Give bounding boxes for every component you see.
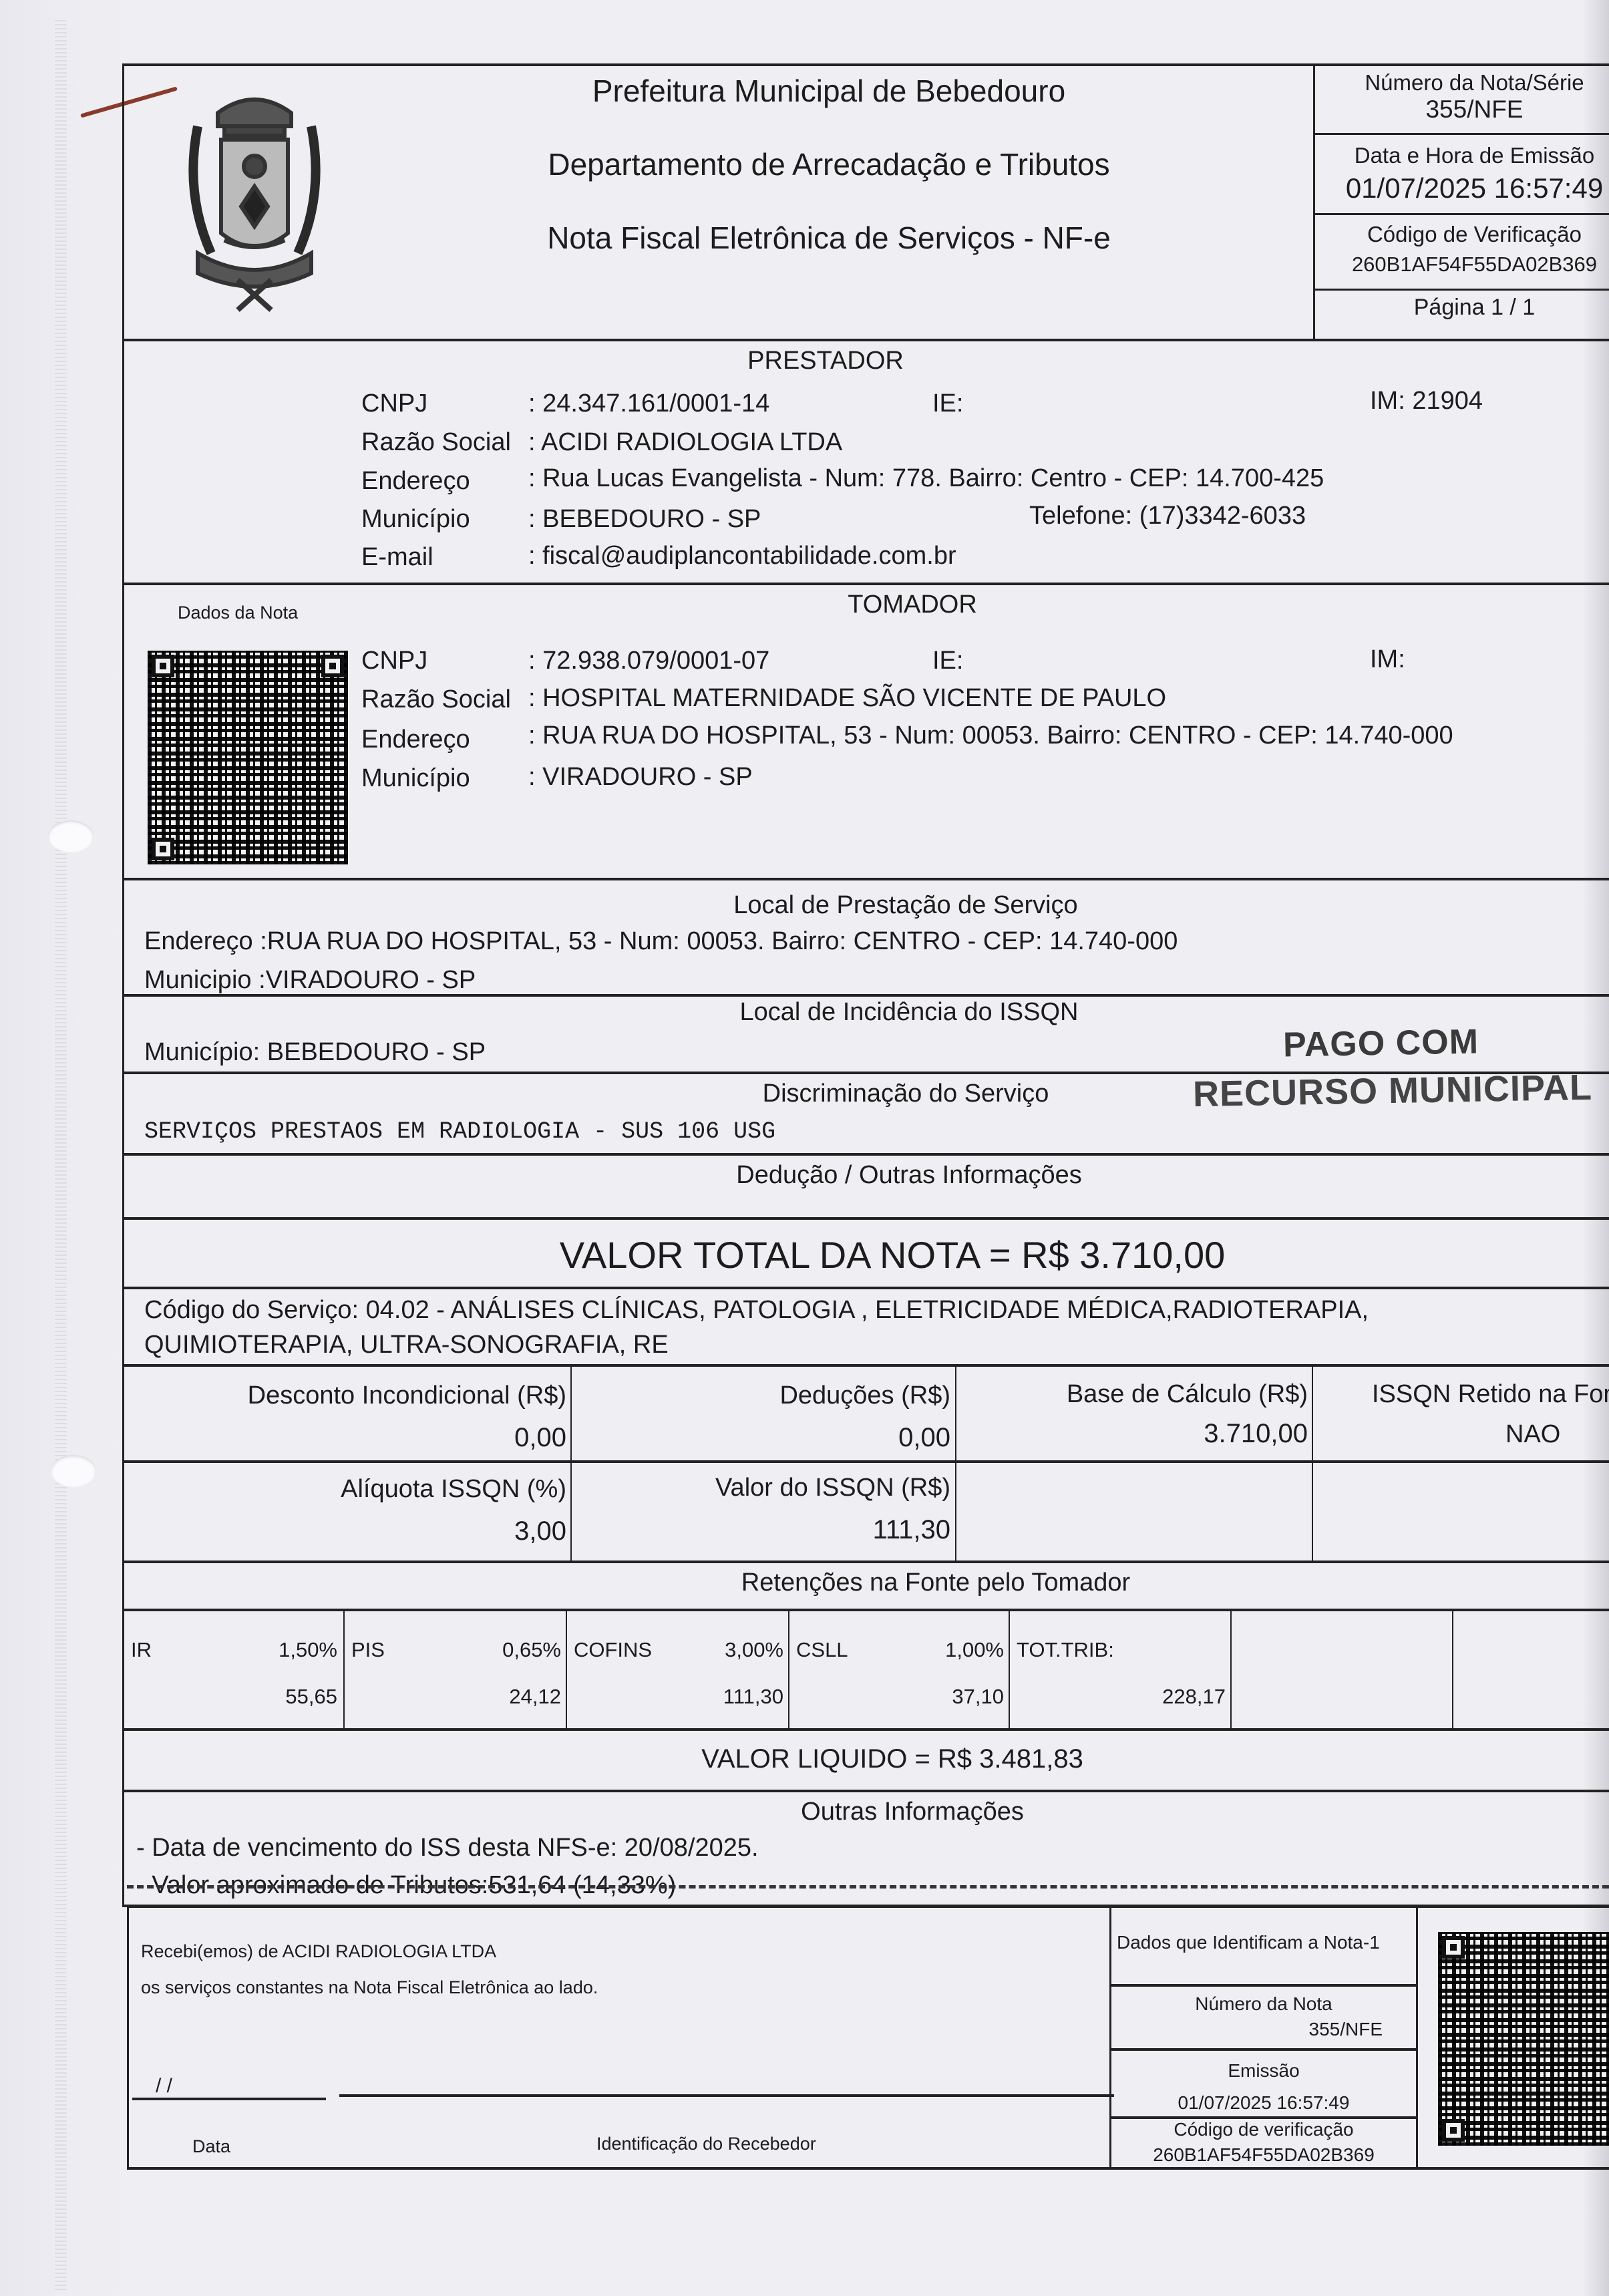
base-calculo-label: Base de Cálculo (R$) [1067,1380,1308,1409]
stamp-line2: RECURSO MUNICIPAL [1193,1067,1593,1115]
csll-label: CSLL [796,1638,848,1662]
base-calculo-value: 3.710,00 [1204,1419,1308,1449]
date-signature-line[interactable] [132,2098,326,2100]
codigo-servico-line2: QUIMIOTERAPIA, ULTRA-SONOGRAFIA, RE [144,1331,669,1359]
codigo-verificacao-label: Código de verificação [1111,2119,1416,2140]
codigo-verificacao-value: 260B1AF54F55DA02B369 [1111,2144,1416,2166]
tomador-ie-label: IE: [932,647,963,675]
dados-identificam-label: Dados que Identificam a Nota-1 [1117,1932,1380,1953]
valor-issqn-label: Valor do ISSQN (R$) [715,1474,950,1502]
tomador-municipio-value: : VIRADOURO - SP [528,763,753,792]
desconto-label: Desconto Incondicional (R$) [248,1381,566,1410]
issue-datetime-cell: Data e Hora de Emissão 01/07/2025 16:57:… [1315,135,1609,213]
csll-rate: 1,00% [945,1638,1004,1662]
qr-code-label: Dados da Nota [178,603,298,623]
prestador-cnpj-label: CNPJ [361,389,427,418]
prestador-razao-label: Razão Social [361,428,511,457]
total-value: VALOR TOTAL DA NOTA = R$ 3.710,00 [124,1233,1609,1277]
discriminacao-section: Discriminação do Serviço SERVIÇOS PRESTA… [124,1074,1609,1153]
tomador-cnpj-label: CNPJ [361,647,427,675]
pis-label: PIS [351,1638,385,1662]
retencoes-header: Retenções na Fonte pelo Tomador [124,1563,1609,1609]
ir-rate: 1,50% [279,1638,337,1662]
cut-line [127,1885,1609,1889]
local-incidencia-section: Local de Incidência do ISSQN Município: … [124,997,1609,1072]
pis-value: 24,12 [509,1685,561,1709]
emissao-label: Emissão [1111,2060,1416,2082]
tomador-municipio-label: Município [361,764,470,793]
coat-of-arms-icon [178,86,331,313]
tot-trib-value: 228,17 [1162,1685,1226,1709]
local-prestacao-title: Local de Prestação de Serviço [124,891,1609,920]
punch-hole-bottom [51,1455,96,1487]
valores-section: Desconto Incondicional (R$) 0,00 Deduçõe… [124,1367,1609,1561]
local-prestacao-section: Local de Prestação de Serviço Endereço :… [124,880,1609,994]
tot-trib-label: TOT.TRIB: [1017,1638,1114,1662]
deducao-title: Dedução / Outras Informações [124,1161,1609,1190]
stub-qr-code-icon [1438,1932,1609,2146]
issqn-retido-label: ISSQN Retido na Fonte [1372,1380,1609,1409]
valor-issqn-value: 111,30 [873,1515,950,1545]
prestador-municipio-value: : BEBEDOURO - SP [528,505,761,534]
tomador-title: TOMADOR [124,591,1609,619]
note-info-box: Número da Nota/Série 355/NFE Data e Hora… [1313,66,1609,339]
prestador-section: PRESTADOR CNPJ : 24.347.161/0001-14 IE: … [124,341,1609,583]
recebi-line2: os serviços constantes na Nota Fiscal El… [141,1977,598,1998]
ident-recebedor-label: Identificação do Recebedor [596,2134,816,2154]
codigo-servico-section: Código do Serviço: 04.02 - ANÁLISES CLÍN… [124,1289,1609,1364]
tomador-endereco-label: Endereço [361,725,470,754]
retencoes-title: Retenções na Fonte pelo Tomador [124,1569,1609,1597]
document-title: Nota Fiscal Eletrônica de Serviços - NF-… [345,220,1313,256]
deducoes-label: Deduções (R$) [779,1381,950,1410]
tomador-section: TOMADOR Dados da Nota CNPJ : 72.938.079/… [124,585,1609,878]
recebi-line1: Recebi(emos) de ACIDI RADIOLOGIA LTDA [141,1941,496,1962]
prestador-telefone: Telefone: (17)3342-6033 [1029,502,1306,530]
receipt-stub: Recebi(emos) de ACIDI RADIOLOGIA LTDA os… [127,1905,1609,2170]
deducao-section: Dedução / Outras Informações [124,1156,1609,1217]
tomador-endereco-value: : RUA RUA DO HOSPITAL, 53 - Num: 00053. … [528,721,1453,750]
tomador-im-label: IM: [1370,645,1405,674]
cofins-label: COFINS [574,1638,652,1662]
desconto-value: 0,00 [514,1423,566,1453]
numero-nota-value: 355/NFE [1309,2019,1383,2040]
department-title: Departamento de Arrecadação e Tributos [345,146,1313,182]
local-prestacao-endereco: Endereço :RUA RUA DO HOSPITAL, 53 - Num:… [144,927,1178,956]
note-id-box: Dados que Identificam a Nota-1 Número da… [1109,1905,1418,2170]
local-prestacao-municipio: Municipio :VIRADOURO - SP [144,966,476,995]
tomador-razao-label: Razão Social [361,685,511,714]
prestador-title: PRESTADOR [124,347,1527,375]
note-number-label: Número da Nota/Série [1315,70,1609,96]
ir-label: IR [131,1638,152,1662]
qr-code-icon [148,651,348,864]
aliquota-label: Alíquota ISSQN (%) [341,1475,566,1504]
deducoes-value: 0,00 [898,1423,950,1453]
prestador-im-label: IM: 21904 [1370,387,1483,416]
local-incidencia-title: Local de Incidência do ISSQN [124,998,1609,1027]
local-incidencia-municipio: Município: BEBEDOURO - SP [144,1038,486,1067]
invoice-header: Prefeitura Municipal de Bebedouro Depart… [124,66,1609,339]
note-number-cell: Número da Nota/Série 355/NFE [1315,66,1609,133]
stamp-line1: PAGO COM [1282,1021,1479,1065]
punch-hole-top [48,820,94,852]
emissao-value: 01/07/2025 16:57:49 [1111,2092,1416,2114]
scan-noise [55,20,67,2291]
prestador-cnpj-value: : 24.347.161/0001-14 [528,389,769,418]
prestador-email-label: E-mail [361,543,433,572]
prestador-razao-value: : ACIDI RADIOLOGIA LTDA [528,428,842,457]
note-number-value: 355/NFE [1315,96,1609,124]
prestador-ie-label: IE: [932,389,963,418]
numero-nota-label: Número da Nota [1111,1993,1416,2015]
retencoes-table: IR 1,50% 55,65 PIS 0,65% 24,12 COFINS 3,… [124,1611,1609,1728]
outras-vencimento: - Data de vencimento do ISS desta NFS-e:… [136,1834,759,1862]
issqn-retido-value: NAO [1505,1420,1560,1449]
issue-datetime-label: Data e Hora de Emissão [1315,143,1609,168]
cofins-rate: 3,00% [725,1638,783,1662]
prestador-endereco-value: : Rua Lucas Evangelista - Num: 778. Bair… [528,464,1324,493]
issue-datetime-value: 01/07/2025 16:57:49 [1315,172,1609,204]
verification-code-value: 260B1AF54F55DA02B369 [1315,253,1609,277]
aliquota-value: 3,00 [514,1516,566,1546]
liquido-section: VALOR LIQUIDO = R$ 3.481,83 [124,1731,1609,1790]
prestador-municipio-label: Município [361,505,470,534]
data-label: Data [192,2136,230,2157]
municipality-title: Prefeitura Municipal de Bebedouro [345,73,1313,109]
prestador-email-value: : fiscal@audiplancontabilidade.com.br [528,542,956,570]
verification-code-cell: Código de Verificação 260B1AF54F55DA02B3… [1315,215,1609,289]
verification-code-label: Código de Verificação [1315,222,1609,247]
tomador-cnpj-value: : 72.938.079/0001-07 [528,647,769,675]
pis-rate: 0,65% [502,1638,561,1662]
ir-value: 55,65 [285,1685,337,1709]
cofins-value: 111,30 [723,1685,783,1709]
date-slashes: / / [156,2075,172,2098]
tomador-razao-value: : HOSPITAL MATERNIDADE SÃO VICENTE DE PA… [528,684,1166,713]
invoice-frame: Prefeitura Municipal de Bebedouro Depart… [122,63,1609,1907]
valor-liquido: VALOR LIQUIDO = R$ 3.481,83 [124,1744,1609,1774]
receiver-signature-line[interactable] [339,2094,1114,2097]
csll-value: 37,10 [952,1685,1004,1709]
prestador-endereco-label: Endereço [361,467,470,496]
page-left-margin [0,0,134,2296]
discriminacao-text: SERVIÇOS PRESTAOS EM RADIOLOGIA - SUS 10… [144,1118,775,1145]
codigo-servico-line1: Código do Serviço: 04.02 - ANÁLISES CLÍN… [144,1296,1369,1325]
total-section: VALOR TOTAL DA NOTA = R$ 3.710,00 [124,1220,1609,1287]
outras-title: Outras Informações [124,1798,1609,1826]
page-indicator: Página 1 / 1 [1315,295,1609,321]
